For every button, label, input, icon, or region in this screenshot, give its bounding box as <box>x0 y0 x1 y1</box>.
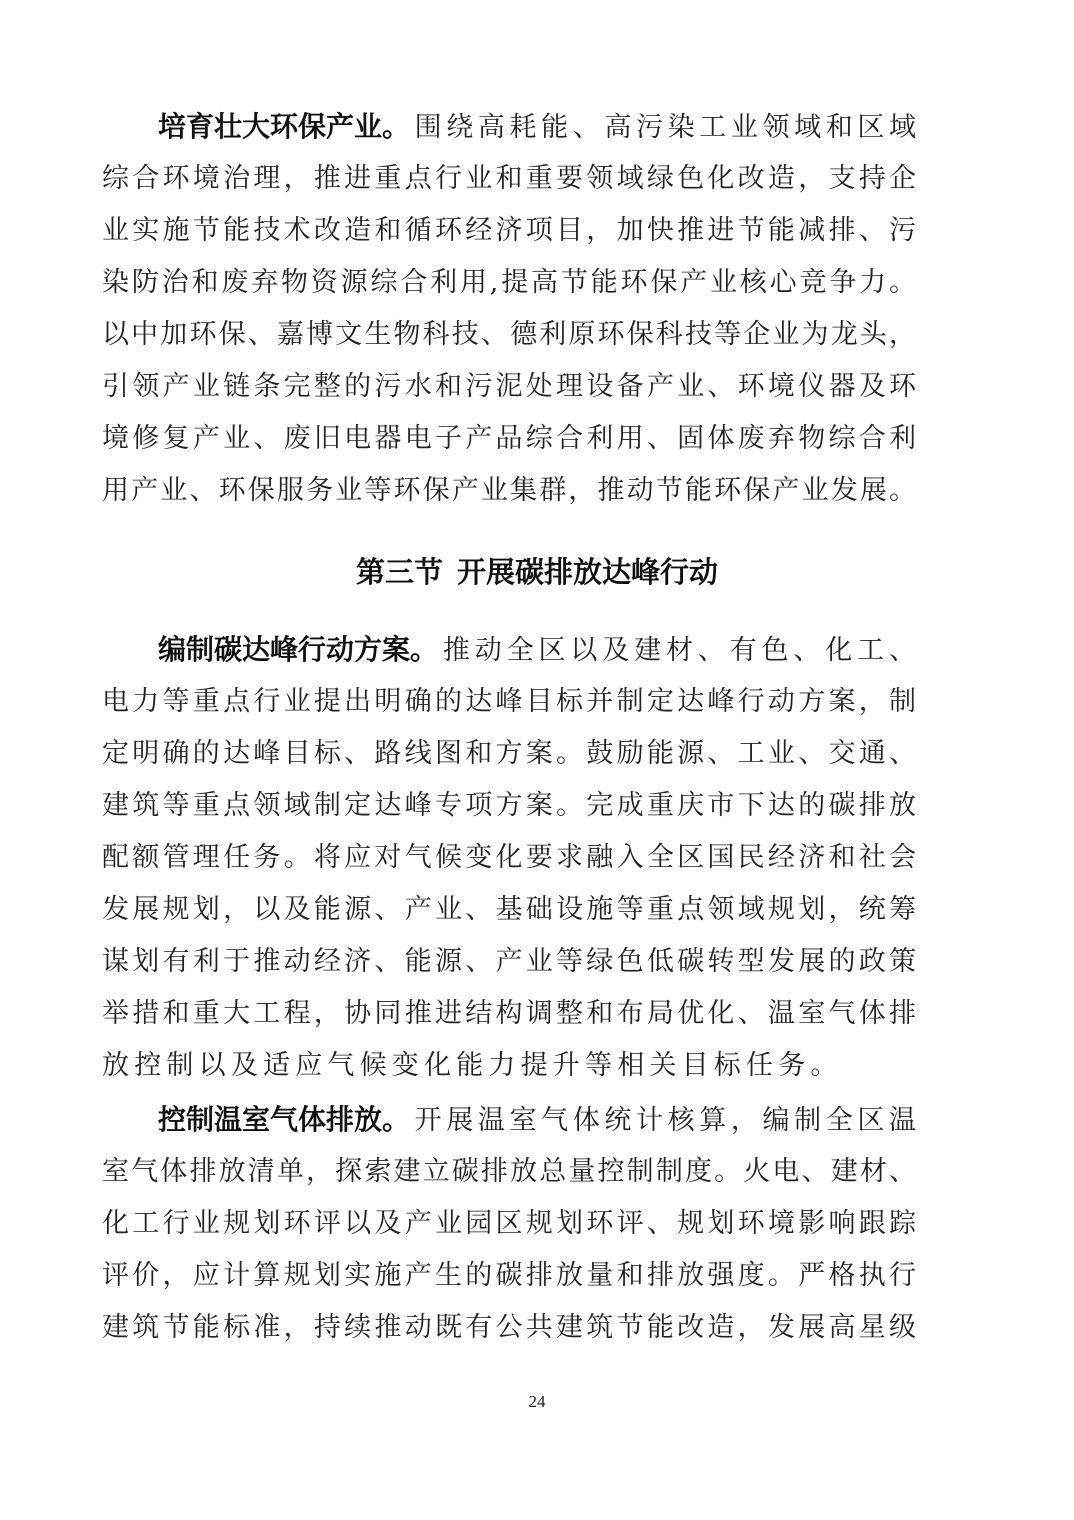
paragraph-line: 电力等重点行业提出明确的达峰目标并制定达峰行动方案，制 <box>102 682 916 722</box>
paragraph-line: 谋划有利于推动经济、能源、产业等绿色低碳转型发展的政策 <box>102 942 916 982</box>
paragraph-lead-heading: 培育壮大环保产业。 <box>102 107 410 147</box>
paragraph-line: 化工行业规划环评以及产业园区规划环评、规划环境影响跟踪 <box>102 1204 916 1244</box>
paragraph-line: 发展规划，以及能源、产业、基础设施等重点领域规划，统筹 <box>102 890 916 930</box>
page-number: 24 <box>0 1392 1074 1412</box>
paragraph-line: 定明确的达峰目标、路线图和方案。鼓励能源、工业、交通、 <box>102 734 916 774</box>
paragraph-line: 举措和重大工程，协同推进结构调整和布局优化、温室气体排 <box>102 994 916 1034</box>
paragraph-text: 开展温室气体统计核算，编制全区温 <box>410 1105 916 1136</box>
paragraph-line: 放控制以及适应气候变化能力提升等相关目标任务。 <box>102 1046 916 1086</box>
paragraph-line: 培育壮大环保产业。围绕高耗能、高污染工业领域和区域 <box>102 107 916 147</box>
paragraph-line: 建筑等重点领域制定达峰专项方案。完成重庆市下达的碳排放 <box>102 786 916 826</box>
paragraph-line: 控制温室气体排放。开展温室气体统计核算，编制全区温 <box>102 1100 916 1140</box>
paragraph-line: 评价，应计算规划实施产生的碳排放量和排放强度。严格执行 <box>102 1256 916 1296</box>
paragraph-line: 用产业、环保服务业等环保产业集群，推动节能环保产业发展。 <box>102 471 916 511</box>
paragraph-lead-heading: 编制碳达峰行动方案。 <box>102 630 438 670</box>
paragraph-line: 境修复产业、废旧电器电子产品综合利用、固体废弃物综合利 <box>102 419 916 459</box>
paragraph-line: 室气体排放清单，探索建立碳排放总量控制制度。火电、建材、 <box>102 1152 916 1192</box>
paragraph-line: 染防治和废弃物资源综合利用,提高节能环保产业核心竞争力。 <box>102 263 916 303</box>
section-title: 开展碳排放达峰行动 <box>457 555 718 589</box>
section-number: 第三节 <box>356 555 443 589</box>
section-heading: 第三节开展碳排放达峰行动 <box>0 552 1074 592</box>
paragraph-line: 综合环境治理，推进重点行业和重要领域绿色化改造，支持企 <box>102 159 916 199</box>
paragraph-line: 业实施节能技术改造和循环经济项目，加快推进节能减排、污 <box>102 211 916 251</box>
paragraph-line: 以中加环保、嘉博文生物科技、德利原环保科技等企业为龙头， <box>102 315 916 355</box>
paragraph-text: 推动全区以及建材、有色、化工、 <box>438 635 916 666</box>
paragraph-lead-heading: 控制温室气体排放。 <box>102 1100 410 1140</box>
document-page: 培育壮大环保产业。围绕高耗能、高污染工业领域和区域 综合环境治理，推进重点行业和… <box>0 0 1074 1520</box>
paragraph-text: 围绕高耗能、高污染工业领域和区域 <box>410 112 916 143</box>
paragraph-line: 引领产业链条完整的污水和污泥处理设备产业、环境仪器及环 <box>102 367 916 407</box>
paragraph-line: 编制碳达峰行动方案。推动全区以及建材、有色、化工、 <box>102 630 916 670</box>
paragraph-line: 配额管理任务。将应对气候变化要求融入全区国民经济和社会 <box>102 838 916 878</box>
paragraph-line: 建筑节能标准，持续推动既有公共建筑节能改造，发展高星级 <box>102 1308 916 1348</box>
